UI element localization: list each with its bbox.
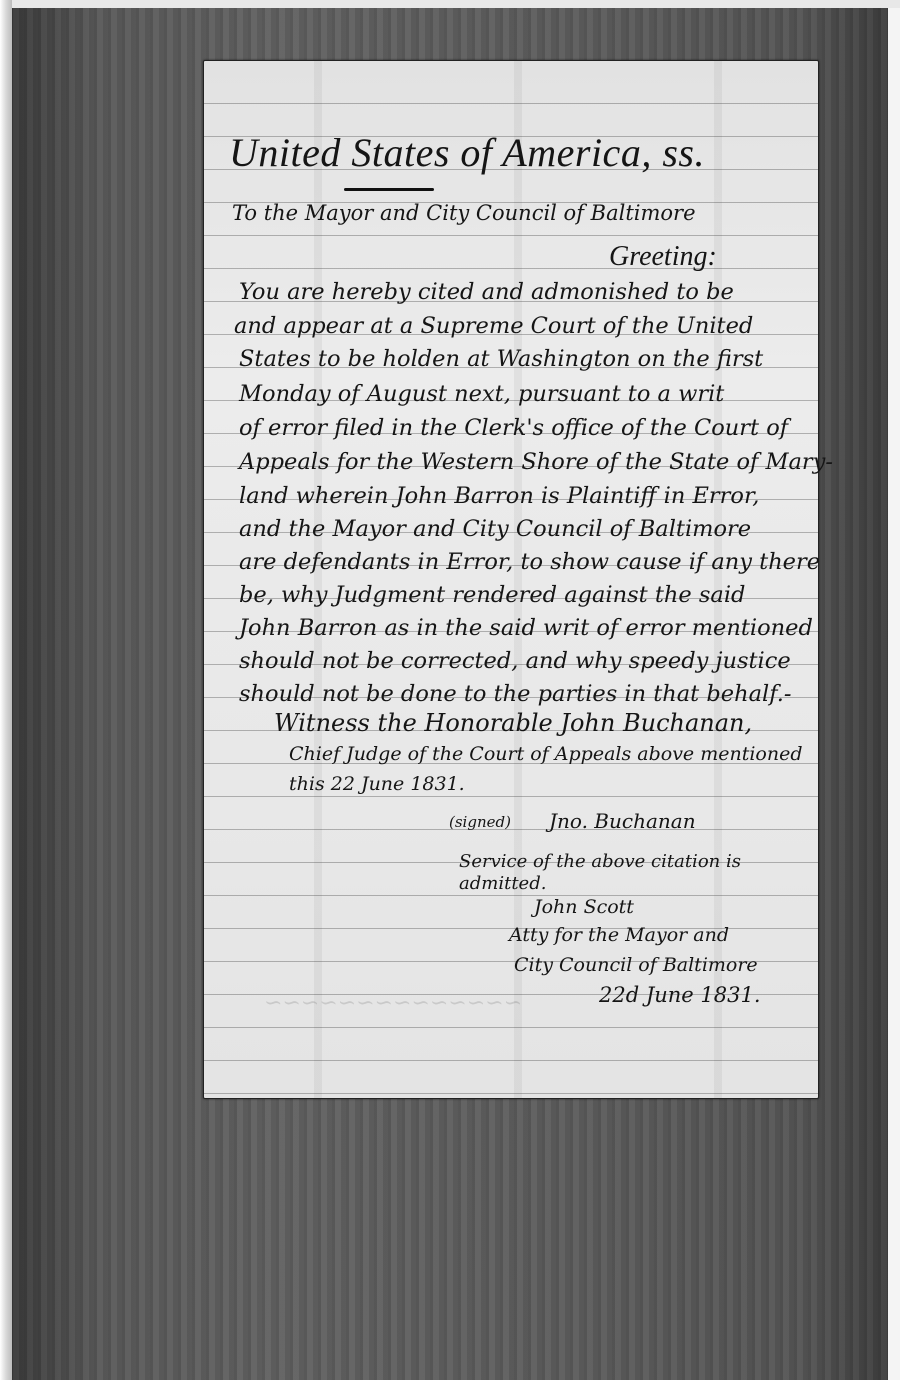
signature-scott: John Scott: [534, 896, 634, 918]
body-line: of error filed in the Clerk's office of …: [239, 415, 788, 441]
greeting: Greeting:: [609, 241, 717, 273]
body-line: Monday of August next, pursuant to a wri…: [239, 381, 724, 407]
body-line: You are hereby cited and admonished to b…: [239, 279, 734, 305]
witness-line: Witness the Honorable John Buchanan,: [274, 709, 752, 737]
body-line: should not be corrected, and why speedy …: [239, 648, 791, 674]
role-line: City Council of Baltimore: [514, 954, 758, 976]
scan-top-edge: [0, 0, 900, 8]
body-line: land wherein John Barron is Plaintiff in…: [239, 483, 759, 509]
body-line: are defendants in Error, to show cause i…: [239, 549, 820, 575]
body-line: John Barron as in the said writ of error…: [239, 615, 813, 641]
body-line: be, why Judgment rendered against the sa…: [239, 582, 745, 608]
body-line: and the Mayor and City Council of Baltim…: [239, 516, 751, 542]
witness-line: Chief Judge of the Court of Appeals abov…: [289, 743, 803, 765]
bleed-through-marks: ~~~~~~~~~~~~~~: [264, 991, 522, 1016]
body-line: States to be holden at Washington on the…: [239, 346, 763, 372]
address-line: To the Mayor and City Council of Baltimo…: [232, 201, 696, 225]
document-title: United States of America, ss.: [229, 129, 705, 176]
title-underline: [344, 188, 434, 191]
scan-left-edge: [0, 0, 12, 1380]
document-page: United States of America, ss. To the May…: [203, 60, 819, 1099]
acknowledgement-line: Service of the above citation is: [459, 851, 741, 872]
signature-buchanan: Jno. Buchanan: [549, 809, 696, 833]
body-line: should not be done to the parties in tha…: [239, 681, 791, 707]
role-line: Atty for the Mayor and: [509, 924, 729, 946]
signed-label: (signed): [449, 813, 511, 831]
acknowledgement-date: 22d June 1831.: [599, 983, 761, 1007]
witness-line: this 22 June 1831.: [289, 773, 465, 795]
body-line: Appeals for the Western Shore of the Sta…: [239, 449, 833, 475]
acknowledgement-line: admitted.: [459, 873, 546, 894]
body-line: and appear at a Supreme Court of the Uni…: [234, 313, 753, 339]
